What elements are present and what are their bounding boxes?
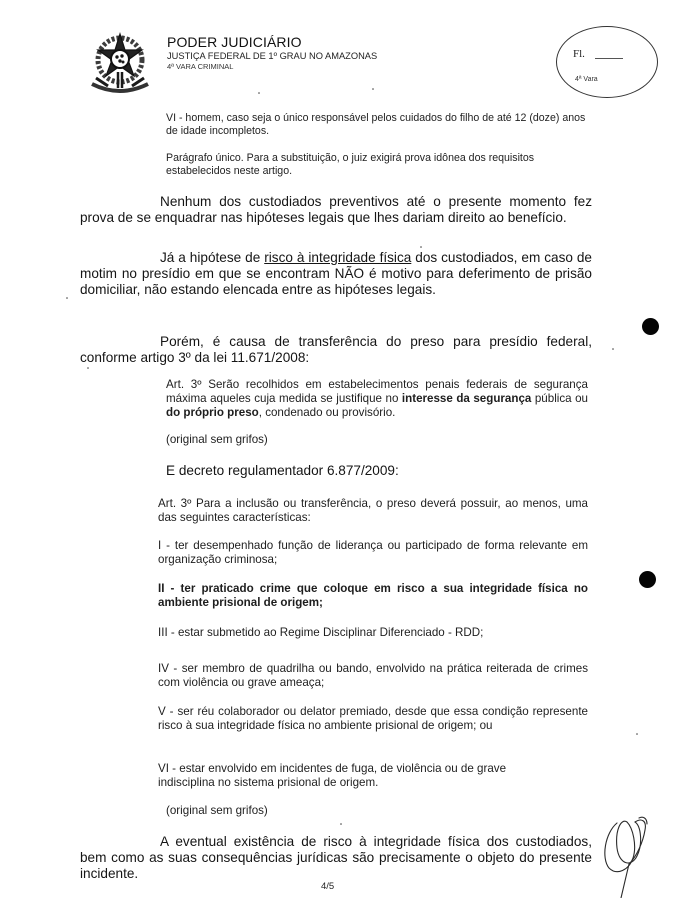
decreto-item-ii: II - ter praticado crime que coloque em … [158, 582, 588, 610]
quote-bold: interesse da segurança [402, 392, 531, 405]
scan-speck [258, 92, 260, 94]
court-subtitle: JUSTIÇA FEDERAL DE 1º GRAU NO AMAZONAS [167, 51, 377, 61]
decreto-item-iii: III - estar submetido ao Regime Discipli… [158, 626, 588, 640]
punch-hole-icon [639, 571, 656, 588]
decreto-intro: E decreto regulamentador 6.877/2009: [166, 463, 566, 479]
quote-art3-lei: Art. 3º Serão recolhidos em estabelecime… [166, 378, 588, 420]
quote-paragrafo-unico: Parágrafo único. Para a substituição, o … [166, 152, 586, 178]
handwritten-signature-icon [595, 808, 665, 898]
decreto-item-vi: VI - estar envolvido em incidentes de fu… [158, 762, 558, 790]
paragraph-2-before: Já a hipótese de [160, 250, 264, 265]
decreto-item-i: I - ter desempenhado função de liderança… [158, 539, 588, 567]
scan-speck [87, 367, 89, 369]
quote-text: pública ou [531, 392, 588, 405]
decreto-item-iv: IV - ser membro de quadrilha ou bando, e… [158, 662, 588, 690]
decreto-art3-caput: Art. 3º Para a inclusão ou transferência… [158, 497, 588, 525]
folio-number-line [595, 58, 623, 59]
paragraph-3: Porém, é causa de transferência do preso… [80, 334, 592, 366]
court-title: PODER JUDICIÁRIO [167, 34, 302, 50]
document-page: PODER JUDICIÁRIO JUSTIÇA FEDERAL DE 1º G… [0, 0, 680, 915]
quote-item-vi: VI - homem, caso seja o único responsáve… [166, 112, 586, 138]
folio-stamp [556, 26, 658, 98]
paragraph-1: Nenhum dos custodiados preventivos até o… [80, 194, 592, 226]
brazil-coat-of-arms-icon [84, 28, 156, 100]
folio-label: Fl. [573, 48, 585, 60]
scan-speck [636, 733, 638, 735]
page-number: 4/5 [321, 881, 334, 892]
quote-text: , condenado ou provisório. [259, 406, 396, 419]
scan-speck [612, 348, 614, 350]
decreto-item-v: V - ser réu colaborador ou delator premi… [158, 705, 588, 733]
paragraph-2: Já a hipótese de risco à integridade fís… [80, 250, 592, 298]
court-division: 4ª VARA CRIMINAL [167, 62, 233, 71]
original-sem-grifos-1: (original sem grifos) [166, 433, 466, 447]
quote-bold: do próprio preso [166, 406, 259, 419]
punch-hole-icon [642, 318, 659, 335]
scan-speck [340, 823, 342, 825]
paragraph-2-underlined: risco à integridade física [264, 250, 411, 265]
scan-speck [66, 297, 68, 299]
scan-speck [372, 88, 374, 90]
stamp-vara-label: 4ª Vara [575, 76, 598, 83]
scan-speck [420, 246, 422, 248]
original-sem-grifos-2: (original sem grifos) [166, 804, 466, 818]
paragraph-final: A eventual existência de risco à integri… [80, 834, 592, 882]
